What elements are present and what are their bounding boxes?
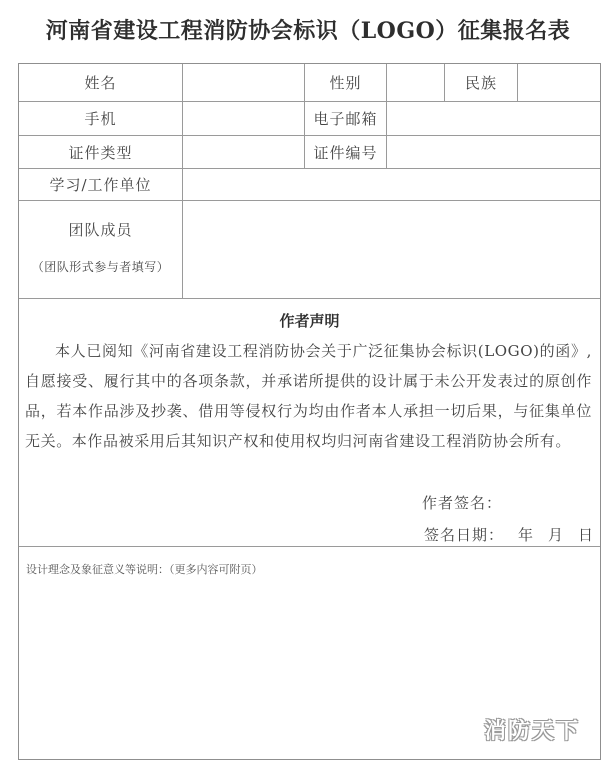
name-field[interactable] (183, 64, 304, 101)
row-divider (19, 298, 600, 299)
email-field[interactable] (387, 102, 600, 135)
date-year: 年 (518, 524, 534, 545)
date-month: 月 (548, 524, 564, 545)
id-type-label: 证件类型 (19, 136, 182, 168)
email-label: 电子邮箱 (305, 102, 386, 135)
declaration-body: 本人已阅知《河南省建设工程消防协会关于广泛征集协会标识(LOGO)的函》,自愿接… (25, 336, 592, 456)
declaration-text: 本人已阅知《河南省建设工程消防协会关于广泛征集协会标识(LOGO)的函》,自愿接… (25, 336, 592, 456)
team-members-field[interactable] (183, 201, 600, 298)
gender-field[interactable] (387, 64, 444, 101)
page-title: 河南省建设工程消防协会标识（LOGO）征集报名表 (0, 14, 616, 45)
sign-date-label: 签名日期： (424, 524, 504, 545)
ethnicity-label: 民族 (445, 64, 517, 101)
id-type-field[interactable] (183, 136, 304, 168)
watermark: 消防天下 (484, 714, 580, 745)
author-signature-label: 作者签名： (422, 492, 502, 513)
organization-field[interactable] (183, 169, 600, 200)
registration-form-table: 姓名 性别 民族 手机 电子邮箱 证件类型 证件编号 学习/工作单位 团队成员 … (18, 63, 601, 760)
id-number-field[interactable] (387, 136, 600, 168)
phone-label: 手机 (19, 102, 182, 135)
phone-field[interactable] (183, 102, 304, 135)
row-divider (19, 546, 600, 547)
date-day: 日 (578, 524, 594, 545)
design-concept-label: 设计理念及象征意义等说明：（更多内容可附页） (26, 561, 263, 577)
ethnicity-field[interactable] (518, 64, 600, 101)
organization-label: 学习/工作单位 (19, 169, 182, 200)
declaration-title: 作者声明 (19, 310, 600, 331)
team-members-note: （团队形式参与者填写） (19, 254, 182, 278)
gender-label: 性别 (305, 64, 386, 101)
id-number-label: 证件编号 (305, 136, 386, 168)
name-label: 姓名 (19, 64, 182, 101)
team-members-label: 团队成员 (19, 214, 182, 244)
